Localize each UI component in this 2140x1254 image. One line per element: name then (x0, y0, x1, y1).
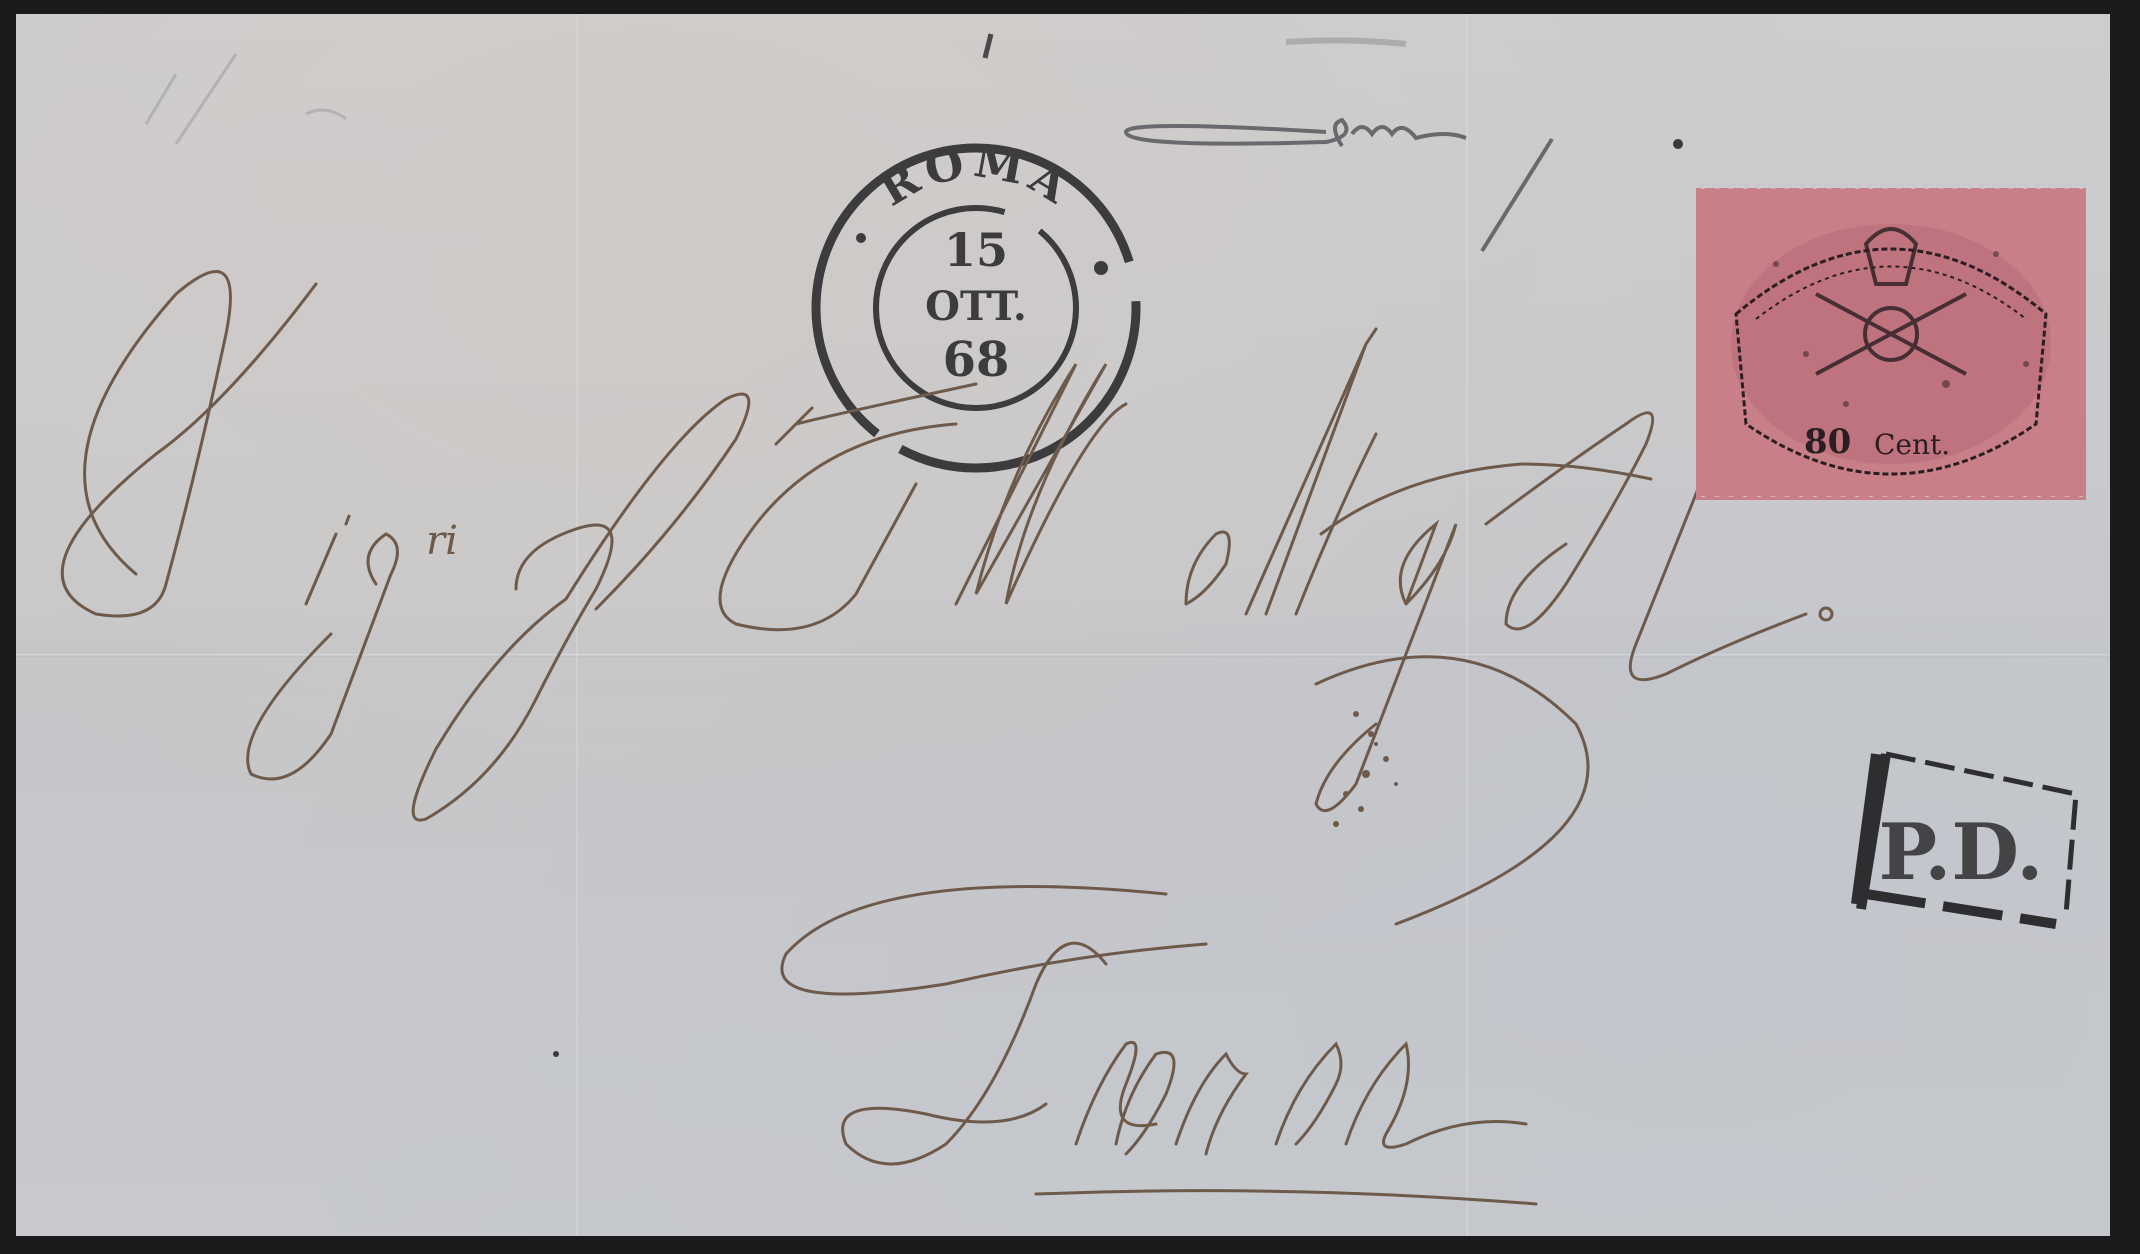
svg-text:ri: ri (426, 518, 458, 564)
svg-text:15: 15 (944, 223, 1008, 277)
svg-text:P.D.: P.D. (1879, 807, 2044, 898)
address-handwriting: ri (62, 272, 1832, 1205)
svg-text:OTT.: OTT. (925, 283, 1027, 330)
postal-cover: ROMA 15 OTT. 68 ri (16, 14, 2110, 1236)
postage-stamp: 80 Cent. (1696, 184, 2086, 504)
pd-cancel: P.D. (1856, 754, 2076, 924)
stamp-value: 80 (1804, 422, 1851, 462)
svg-text:68: 68 (943, 332, 1010, 388)
roma-postmark: ROMA 15 OTT. 68 (816, 136, 1136, 468)
stamp-unit: Cent. (1874, 428, 1950, 461)
pencil-flourish (1126, 120, 1552, 251)
